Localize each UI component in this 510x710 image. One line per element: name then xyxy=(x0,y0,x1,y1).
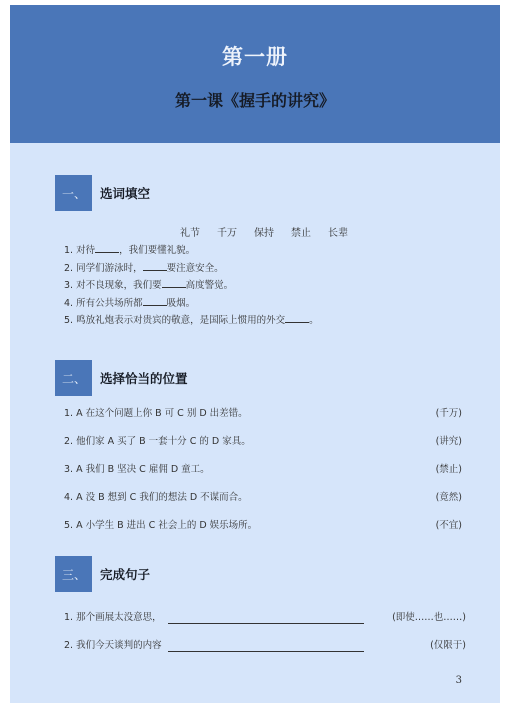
section-2-number-badge: 二、 xyxy=(55,360,92,396)
word-bank-item: 保持 xyxy=(254,224,274,239)
position-choice-item: 2. 他们家 A 买了 B 一套十分 C 的 D 家具。 (讲究) xyxy=(64,435,462,463)
choice-sentence: 5. A 小学生 B 进出 C 社会上的 D 娱乐场所。 xyxy=(64,519,257,547)
completion-prompt: 2. 我们今天谈判的内容 xyxy=(64,640,162,651)
word-bank-item: 禁止 xyxy=(291,224,311,239)
fill-in-text-after: 要注意安全。 xyxy=(167,263,224,274)
fill-in-text-before: 3. 对不良现象，我们要 xyxy=(64,280,162,291)
completion-hint: (仅限于) xyxy=(430,639,466,653)
fill-in-item: 4. 所有公共场所都吸烟。 xyxy=(64,295,319,313)
completion-prompt: 1. 那个画展太没意思， xyxy=(64,612,162,623)
section-1-header: 一、 选词填空 xyxy=(55,175,150,211)
fill-in-text-before: 2. 同学们游泳时， xyxy=(64,263,143,274)
fill-in-item: 3. 对不良现象，我们要高度警觉。 xyxy=(64,277,319,295)
section-2-title: 选择恰当的位置 xyxy=(100,369,188,387)
choice-word: (千万) xyxy=(436,407,462,435)
position-choice-item: 1. A 在这个问题上你 B 可 C 别 D 出差错。 (千万) xyxy=(64,407,462,435)
sentence-completion-item: 2. 我们今天谈判的内容 (仅限于) xyxy=(64,639,466,667)
section-1-title: 选词填空 xyxy=(100,184,150,202)
choice-sentence: 4. A 没 B 想到 C 我们的想法 D 不谋而合。 xyxy=(64,491,248,519)
volume-title: 第一册 xyxy=(10,41,500,71)
section-1-number-badge: 一、 xyxy=(55,175,92,211)
completion-hint: (即使……也……) xyxy=(392,611,466,625)
page-number: 3 xyxy=(456,675,462,686)
worksheet-page: 第一册 第一课《握手的讲究》 一、 选词填空 礼节 千万 保持 禁止 长辈 1.… xyxy=(10,5,500,703)
answer-blank[interactable] xyxy=(95,242,119,253)
position-choice-item: 5. A 小学生 B 进出 C 社会上的 D 娱乐场所。 (不宜) xyxy=(64,519,462,547)
choice-word: (竟然) xyxy=(436,491,462,519)
header-banner: 第一册 第一课《握手的讲究》 xyxy=(10,5,500,143)
word-bank-item: 千万 xyxy=(217,224,237,239)
answer-line[interactable] xyxy=(168,623,364,624)
section-3-header: 三、 完成句子 xyxy=(55,556,150,592)
answer-line[interactable] xyxy=(168,651,364,652)
sentence-completion-list: 1. 那个画展太没意思， (即使……也……) 2. 我们今天谈判的内容 (仅限于… xyxy=(64,611,466,667)
sentence-completion-item: 1. 那个画展太没意思， (即使……也……) xyxy=(64,611,466,639)
answer-blank[interactable] xyxy=(162,277,186,288)
position-choice-list: 1. A 在这个问题上你 B 可 C 别 D 出差错。 (千万) 2. 他们家 … xyxy=(64,407,462,547)
fill-in-item: 1. 对待，我们要懂礼貌。 xyxy=(64,242,319,260)
choice-word: (不宜) xyxy=(436,519,462,547)
word-bank-item: 长辈 xyxy=(328,224,348,239)
fill-in-text-after: 吸烟。 xyxy=(167,298,196,309)
fill-in-text-before: 5. 鸣放礼炮表示对贵宾的敬意，是国际上惯用的外交 xyxy=(64,315,285,326)
fill-in-list: 1. 对待，我们要懂礼貌。 2. 同学们游泳时，要注意安全。 3. 对不良现象，… xyxy=(64,242,319,330)
position-choice-item: 3. A 我们 B 坚决 C 雇佣 D 童工。 (禁止) xyxy=(64,463,462,491)
word-bank-item: 礼节 xyxy=(180,224,200,239)
choice-sentence: 2. 他们家 A 买了 B 一套十分 C 的 D 家具。 xyxy=(64,435,251,463)
section-3-title: 完成句子 xyxy=(100,565,150,583)
fill-in-text-after: 高度警觉。 xyxy=(186,280,234,291)
choice-sentence: 3. A 我们 B 坚决 C 雇佣 D 童工。 xyxy=(64,463,210,491)
fill-in-text-after: ，我们要懂礼貌。 xyxy=(119,245,195,256)
position-choice-item: 4. A 没 B 想到 C 我们的想法 D 不谋而合。 (竟然) xyxy=(64,491,462,519)
choice-sentence: 1. A 在这个问题上你 B 可 C 别 D 出差错。 xyxy=(64,407,248,435)
fill-in-text-before: 1. 对待 xyxy=(64,245,95,256)
lesson-title: 第一课《握手的讲究》 xyxy=(10,88,500,111)
fill-in-text-before: 4. 所有公共场所都 xyxy=(64,298,143,309)
section-3-number-badge: 三、 xyxy=(55,556,92,592)
fill-in-text-after: 。 xyxy=(309,315,319,326)
section-2-header: 二、 选择恰当的位置 xyxy=(55,360,188,396)
choice-word: (讲究) xyxy=(436,435,462,463)
answer-blank[interactable] xyxy=(143,260,167,271)
fill-in-item: 2. 同学们游泳时，要注意安全。 xyxy=(64,260,319,278)
word-bank: 礼节 千万 保持 禁止 长辈 xyxy=(10,224,500,239)
fill-in-item: 5. 鸣放礼炮表示对贵宾的敬意，是国际上惯用的外交。 xyxy=(64,312,319,330)
answer-blank[interactable] xyxy=(143,295,167,306)
answer-blank[interactable] xyxy=(285,312,309,323)
choice-word: (禁止) xyxy=(436,463,462,491)
